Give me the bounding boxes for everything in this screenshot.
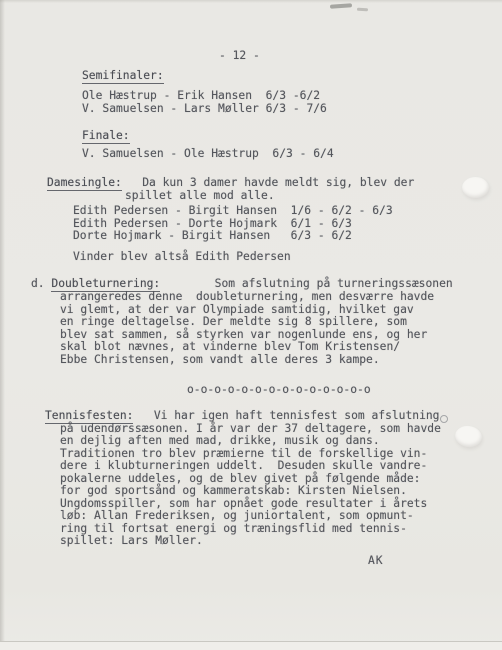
intro-text-line: spillet alle mod alle.	[125, 190, 275, 203]
heading-text: Damesingle:	[47, 176, 122, 191]
body-text: Vi har igen haft tennisfest som afslutni…	[133, 409, 439, 422]
paper-fold-bottom	[0, 641, 502, 650]
match-result-line: Ole Hæstrup - Erik Hansen 6/3 -6/2	[82, 90, 320, 103]
paper-edge-left	[0, 0, 5, 650]
heading-text: Finale:	[82, 129, 130, 144]
body-text-line: dere i klubturneringen uddelt. Desuden s…	[60, 460, 427, 473]
body-text-line: løb: Allan Frederiksen, og juniortalent,…	[60, 510, 414, 523]
winner-line: Vinder blev altså Edith Pedersen	[73, 251, 291, 264]
stray-ink-dot	[440, 415, 448, 423]
ink-smudge-mark	[357, 8, 368, 12]
match-result-line: Edith Pedersen - Birgit Hansen 1/6 - 6/2…	[73, 205, 393, 218]
heading-text: Semifinaler:	[82, 69, 164, 84]
section-doubles-heading: d. Doubleturnering: Som afslutning på tu…	[31, 278, 453, 291]
section-party-heading: Tennisfesten: Vi har igen haft tennisfes…	[45, 410, 439, 423]
body-text-line: en ringe deltagelse. Der meldte sig 8 sp…	[60, 316, 407, 329]
scanned-page: - 12 - Semifinaler: Ole Hæstrup - Erik H…	[0, 0, 502, 650]
body-text-line: for god sportsånd og kammeratskab: Kirst…	[60, 485, 407, 498]
body-text-line: arrangeredes denne doubleturnering, men …	[60, 291, 434, 304]
signature-initials: AK	[368, 555, 384, 568]
match-result-line: V. Samuelsen - Ole Hæstrup 6/3 - 6/4	[82, 148, 334, 161]
body-text-line: spillet: Lars Møller.	[60, 535, 203, 548]
hole-punch-mark	[462, 177, 489, 198]
section-separator: o-o-o-o-o-o-o-o-o-o-o-o-o-o	[187, 384, 371, 397]
section-ladies-singles-heading: Damesingle: Da kun 3 damer havde meldt s…	[47, 177, 414, 190]
intro-text: Da kun 3 damer havde meldt sig, blev der	[122, 176, 414, 189]
list-prefix: d.	[31, 277, 51, 290]
page-number: - 12 -	[219, 50, 260, 63]
section-final-heading: Finale:	[82, 130, 130, 143]
body-text-line: en dejlig aften med mad, drikke, musik o…	[60, 435, 380, 448]
match-result-line: Dorte Hojmark - Birgit Hansen 6/3 - 6/2	[73, 230, 352, 243]
hole-punch-mark	[454, 424, 484, 449]
ink-smudge-mark	[330, 3, 352, 9]
paper-edge-top	[0, 0, 502, 3]
match-result-line: V. Samuelsen - Lars Møller 6/3 - 7/6	[82, 103, 327, 116]
body-text: Som afslutning på turneringssæsonen	[160, 277, 452, 290]
body-text-line: skal blot nævnes, at vinderne blev Tom K…	[60, 341, 400, 354]
body-text-line: Ebbe Christensen, som vandt alle deres 3…	[60, 354, 380, 367]
section-semifinals-heading: Semifinaler:	[82, 70, 164, 83]
